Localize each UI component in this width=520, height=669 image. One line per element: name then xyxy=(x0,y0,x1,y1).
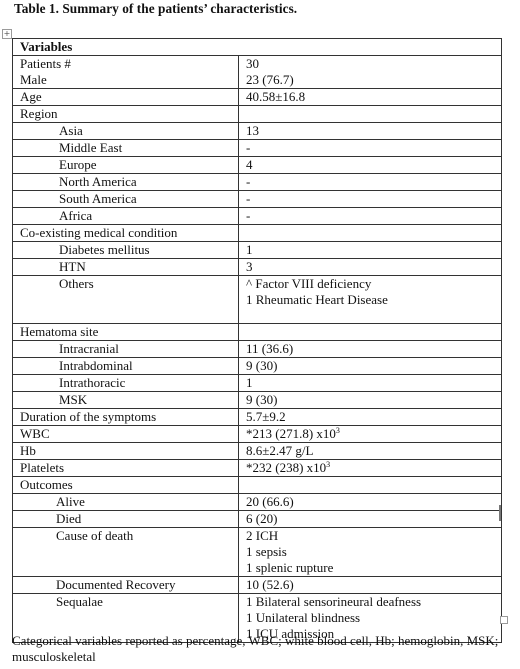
row-label-intracranial: Intracranial xyxy=(13,341,239,358)
table-header-row: Variables xyxy=(13,39,502,56)
table-row: Africa- xyxy=(13,208,502,225)
row-label-intrathoracic: Intrathoracic xyxy=(13,375,239,392)
table-row: Diabetes mellitus1 xyxy=(13,242,502,259)
table-row: Platelets*232 (238) x103 xyxy=(13,460,502,477)
table-footnote: Categorical variables reported as percen… xyxy=(12,633,517,665)
value-text: 30 xyxy=(246,56,501,72)
table-row: WBC*213 (271.8) x103 xyxy=(13,426,502,443)
row-value-msk: 9 (30) xyxy=(239,392,502,409)
label-text: Platelets xyxy=(20,460,238,476)
value-text: - xyxy=(246,208,501,224)
table-row: MSK9 (30) xyxy=(13,392,502,409)
table-row: Patients #Male3023 (76.7) xyxy=(13,56,502,89)
table-row: Middle East- xyxy=(13,140,502,157)
value-text: 13 xyxy=(246,123,501,139)
value-text: 6 (20) xyxy=(246,511,501,527)
row-value-intracranial: 11 (36.6) xyxy=(239,341,502,358)
value-text: 11 (36.6) xyxy=(246,341,501,357)
value-text: 1 sepsis xyxy=(246,544,501,560)
label-text: Documented Recovery xyxy=(56,577,238,593)
table-row: Intrathoracic1 xyxy=(13,375,502,392)
row-label-htn: HTN xyxy=(13,259,239,276)
row-label-asia: Asia xyxy=(13,123,239,140)
row-value-africa: - xyxy=(239,208,502,225)
value-text: - xyxy=(246,191,501,207)
row-value-outcomes xyxy=(239,477,502,494)
row-label-middle-east: Middle East xyxy=(13,140,239,157)
label-text: Male xyxy=(20,72,238,88)
row-value-europe: 4 xyxy=(239,157,502,174)
value-text: 1 Unilateral blindness xyxy=(246,610,501,626)
value-text: 23 (76.7) xyxy=(246,72,501,88)
value-text: 3 xyxy=(246,259,501,275)
label-text: MSK xyxy=(59,392,238,408)
row-label-cause-of-death: Cause of death xyxy=(13,528,239,577)
row-value-age: 40.58±16.8 xyxy=(239,89,502,106)
row-label-intrabdominal: Intrabdominal xyxy=(13,358,239,375)
row-value-intrabdominal: 9 (30) xyxy=(239,358,502,375)
label-text: Died xyxy=(56,511,238,527)
row-label-patients: Patients #Male xyxy=(13,56,239,89)
value-text xyxy=(246,324,501,340)
value-text: 20 (66.6) xyxy=(246,494,501,510)
table-resize-handle-icon[interactable] xyxy=(500,616,508,624)
label-text: North America xyxy=(59,174,238,190)
table-move-handle-icon[interactable]: + xyxy=(2,29,12,39)
table-title: Table 1. Summary of the patients’ charac… xyxy=(14,1,297,17)
row-value-wbc: *213 (271.8) x103 xyxy=(239,426,502,443)
label-text: WBC xyxy=(20,426,238,442)
table-row: Outcomes xyxy=(13,477,502,494)
table-row: Died6 (20) xyxy=(13,511,502,528)
patient-characteristics-table: Variables Patients #Male3023 (76.7)Age40… xyxy=(12,38,502,643)
value-text: 40.58±16.8 xyxy=(246,89,501,105)
value-text: *232 (238) x103 xyxy=(246,460,501,476)
table-row: Hb8.6±2.47 g/L xyxy=(13,443,502,460)
label-text: Intrabdominal xyxy=(59,358,238,374)
row-value-platelets: *232 (238) x103 xyxy=(239,460,502,477)
value-text: 1 Bilateral sensorineural deafness xyxy=(246,594,501,610)
label-text: Outcomes xyxy=(20,477,238,493)
label-text: Diabetes mellitus xyxy=(59,242,238,258)
label-text: Duration of the symptoms xyxy=(20,409,238,425)
value-text xyxy=(246,477,501,493)
value-text: 1 xyxy=(246,375,501,391)
value-text: 2 ICH xyxy=(246,528,501,544)
value-text: 1 splenic rupture xyxy=(246,560,501,576)
value-text: 9 (30) xyxy=(246,392,501,408)
row-label-africa: Africa xyxy=(13,208,239,225)
label-text: Cause of death xyxy=(56,528,238,544)
table-row: Duration of the symptoms5.7±9.2 xyxy=(13,409,502,426)
label-text: Europe xyxy=(59,157,238,173)
table-row: Cause of death2 ICH1 sepsis1 splenic rup… xyxy=(13,528,502,577)
value-text: 9 (30) xyxy=(246,358,501,374)
row-value-cause-of-death: 2 ICH1 sepsis1 splenic rupture xyxy=(239,528,502,577)
row-value-hematoma-site xyxy=(239,324,502,341)
label-text: Sequalae xyxy=(56,594,238,610)
value-text xyxy=(246,106,501,122)
row-label-msk: MSK xyxy=(13,392,239,409)
row-value-region xyxy=(239,106,502,123)
row-value-others: ^ Factor VIII deficiency1 Rheumatic Hear… xyxy=(239,276,502,324)
label-text: Patients # xyxy=(20,56,238,72)
table-row: Intracranial11 (36.6) xyxy=(13,341,502,358)
value-text: 10 (52.6) xyxy=(246,577,501,593)
value-text: 4 xyxy=(246,157,501,173)
row-value-alive: 20 (66.6) xyxy=(239,494,502,511)
row-label-age: Age xyxy=(13,89,239,106)
table-row: Intrabdominal9 (30) xyxy=(13,358,502,375)
label-text: Region xyxy=(20,106,238,122)
table-row: South America- xyxy=(13,191,502,208)
table-row: North America- xyxy=(13,174,502,191)
row-label-others: Others xyxy=(13,276,239,324)
table-row: Europe4 xyxy=(13,157,502,174)
value-text: 8.6±2.47 g/L xyxy=(246,443,501,459)
row-label-south-america: South America xyxy=(13,191,239,208)
row-label-documented-recovery: Documented Recovery xyxy=(13,577,239,594)
row-label-diabetes-mellitus: Diabetes mellitus xyxy=(13,242,239,259)
label-text: HTN xyxy=(59,259,238,275)
table-row: Region xyxy=(13,106,502,123)
row-value-asia: 13 xyxy=(239,123,502,140)
row-label-duration-of-the-symptoms: Duration of the symptoms xyxy=(13,409,239,426)
label-text: Africa xyxy=(59,208,238,224)
value-text: - xyxy=(246,140,501,156)
row-label-wbc: WBC xyxy=(13,426,239,443)
row-value-middle-east: - xyxy=(239,140,502,157)
label-text: Age xyxy=(20,89,238,105)
value-text: 1 xyxy=(246,242,501,258)
row-label-alive: Alive xyxy=(13,494,239,511)
row-value-hb: 8.6±2.47 g/L xyxy=(239,443,502,460)
row-label-died: Died xyxy=(13,511,239,528)
label-text: Others xyxy=(59,276,238,292)
row-resize-marker[interactable] xyxy=(499,505,501,521)
superscript: 3 xyxy=(336,426,340,435)
label-text: Middle East xyxy=(59,140,238,156)
table-row: Asia13 xyxy=(13,123,502,140)
table-row: Hematoma site xyxy=(13,324,502,341)
value-text: 5.7±9.2 xyxy=(246,409,501,425)
table-row: Co-existing medical condition xyxy=(13,225,502,242)
value-text xyxy=(246,225,501,241)
row-label-platelets: Platelets xyxy=(13,460,239,477)
value-text: *213 (271.8) x103 xyxy=(246,426,501,442)
row-value-north-america: - xyxy=(239,174,502,191)
label-text: South America xyxy=(59,191,238,207)
row-value-south-america: - xyxy=(239,191,502,208)
value-text: 1 Rheumatic Heart Disease xyxy=(246,292,501,308)
row-value-duration-of-the-symptoms: 5.7±9.2 xyxy=(239,409,502,426)
label-text: Intrathoracic xyxy=(59,375,238,391)
table-row: Alive20 (66.6) xyxy=(13,494,502,511)
row-label-co-existing-medical-condition: Co-existing medical condition xyxy=(13,225,239,242)
table-row: Others^ Factor VIII deficiency1 Rheumati… xyxy=(13,276,502,324)
row-value-co-existing-medical-condition xyxy=(239,225,502,242)
row-value-died: 6 (20) xyxy=(239,511,502,528)
label-text: Co-existing medical condition xyxy=(20,225,238,241)
row-label-europe: Europe xyxy=(13,157,239,174)
row-value-documented-recovery: 10 (52.6) xyxy=(239,577,502,594)
superscript: 3 xyxy=(326,460,330,469)
header-variables: Variables xyxy=(13,39,502,56)
label-text: Intracranial xyxy=(59,341,238,357)
table-row: Age40.58±16.8 xyxy=(13,89,502,106)
label-text: Asia xyxy=(59,123,238,139)
row-value-patients: 3023 (76.7) xyxy=(239,56,502,89)
row-label-outcomes: Outcomes xyxy=(13,477,239,494)
table-row: Documented Recovery10 (52.6) xyxy=(13,577,502,594)
row-value-intrathoracic: 1 xyxy=(239,375,502,392)
label-text: Alive xyxy=(56,494,238,510)
row-value-diabetes-mellitus: 1 xyxy=(239,242,502,259)
table-row: HTN3 xyxy=(13,259,502,276)
label-text: Hematoma site xyxy=(20,324,238,340)
row-label-north-america: North America xyxy=(13,174,239,191)
value-text: - xyxy=(246,174,501,190)
label-text: Hb xyxy=(20,443,238,459)
row-label-region: Region xyxy=(13,106,239,123)
row-label-hematoma-site: Hematoma site xyxy=(13,324,239,341)
value-text: ^ Factor VIII deficiency xyxy=(246,276,501,292)
row-value-htn: 3 xyxy=(239,259,502,276)
row-label-hb: Hb xyxy=(13,443,239,460)
